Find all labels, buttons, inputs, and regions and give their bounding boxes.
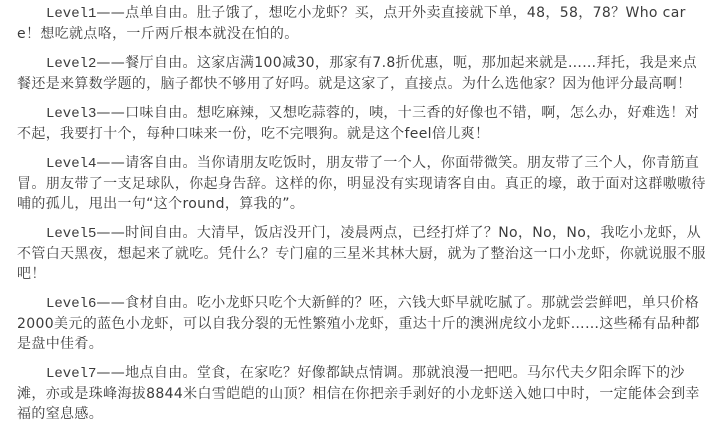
- level-label: Level3: [46, 106, 96, 122]
- paragraph-level-2: Level2——餐厅自由。这家店满100减30，那家有7.8折优惠，呃，那加起来…: [17, 53, 707, 94]
- paragraph-level-5: Level5——时间自由。大清早，饭店没开门，凌晨两点，已经打烊了？No，No，…: [17, 223, 707, 284]
- paragraph-text: ——请客自由。当你请朋友吃饭时，朋友带了一个人，你面带微笑。朋友带了三个人，你青…: [17, 155, 706, 212]
- paragraph-text: ——口味自由。想吃麻辣，又想吃蒜蓉的，咦，十三香的好像也不错，啊，怎么办，好难选…: [17, 105, 699, 142]
- paragraph-text: ——食材自由。吃小龙虾只吃个大新鲜的？呸，六钱大虾早就吃腻了。那就尝尝鲜吧，单只…: [17, 295, 700, 352]
- level-label: Level7: [46, 366, 96, 382]
- article-body: Level1——点单自由。肚子饿了，想吃小龙虾？买，点开外卖直接就下单，48，5…: [0, 0, 715, 424]
- level-label: Level5: [46, 226, 96, 242]
- paragraph-text: ——地点自由。堂食，在家吃？好像都缺点情调。那就浪漫一把吧。马尔代夫夕阳余晖下的…: [17, 365, 700, 422]
- level-label: Level1: [46, 6, 96, 22]
- paragraph-level-3: Level3——口味自由。想吃麻辣，又想吃蒜蓉的，咦，十三香的好像也不错，啊，怎…: [17, 103, 707, 144]
- paragraph-text: ——餐厅自由。这家店满100减30，那家有7.8折优惠，呃，那加起来就是……拜托…: [17, 55, 697, 92]
- paragraph-level-4: Level4——请客自由。当你请朋友吃饭时，朋友带了一个人，你面带微笑。朋友带了…: [17, 153, 707, 214]
- paragraph-text: ——点单自由。肚子饿了，想吃小龙虾？买，点开外卖直接就下单，48，58，78？W…: [17, 5, 686, 42]
- level-label: Level6: [46, 296, 96, 312]
- level-label: Level4: [46, 156, 96, 172]
- paragraph-level-1: Level1——点单自由。肚子饿了，想吃小龙虾？买，点开外卖直接就下单，48，5…: [17, 3, 707, 44]
- paragraph-level-7: Level7——地点自由。堂食，在家吃？好像都缺点情调。那就浪漫一把吧。马尔代夫…: [17, 363, 707, 424]
- level-label: Level2: [46, 56, 96, 72]
- paragraph-text: ——时间自由。大清早，饭店没开门，凌晨两点，已经打烊了？No，No，No，我吃小…: [17, 225, 706, 282]
- paragraph-level-6: Level6——食材自由。吃小龙虾只吃个大新鲜的？呸，六钱大虾早就吃腻了。那就尝…: [17, 293, 707, 354]
